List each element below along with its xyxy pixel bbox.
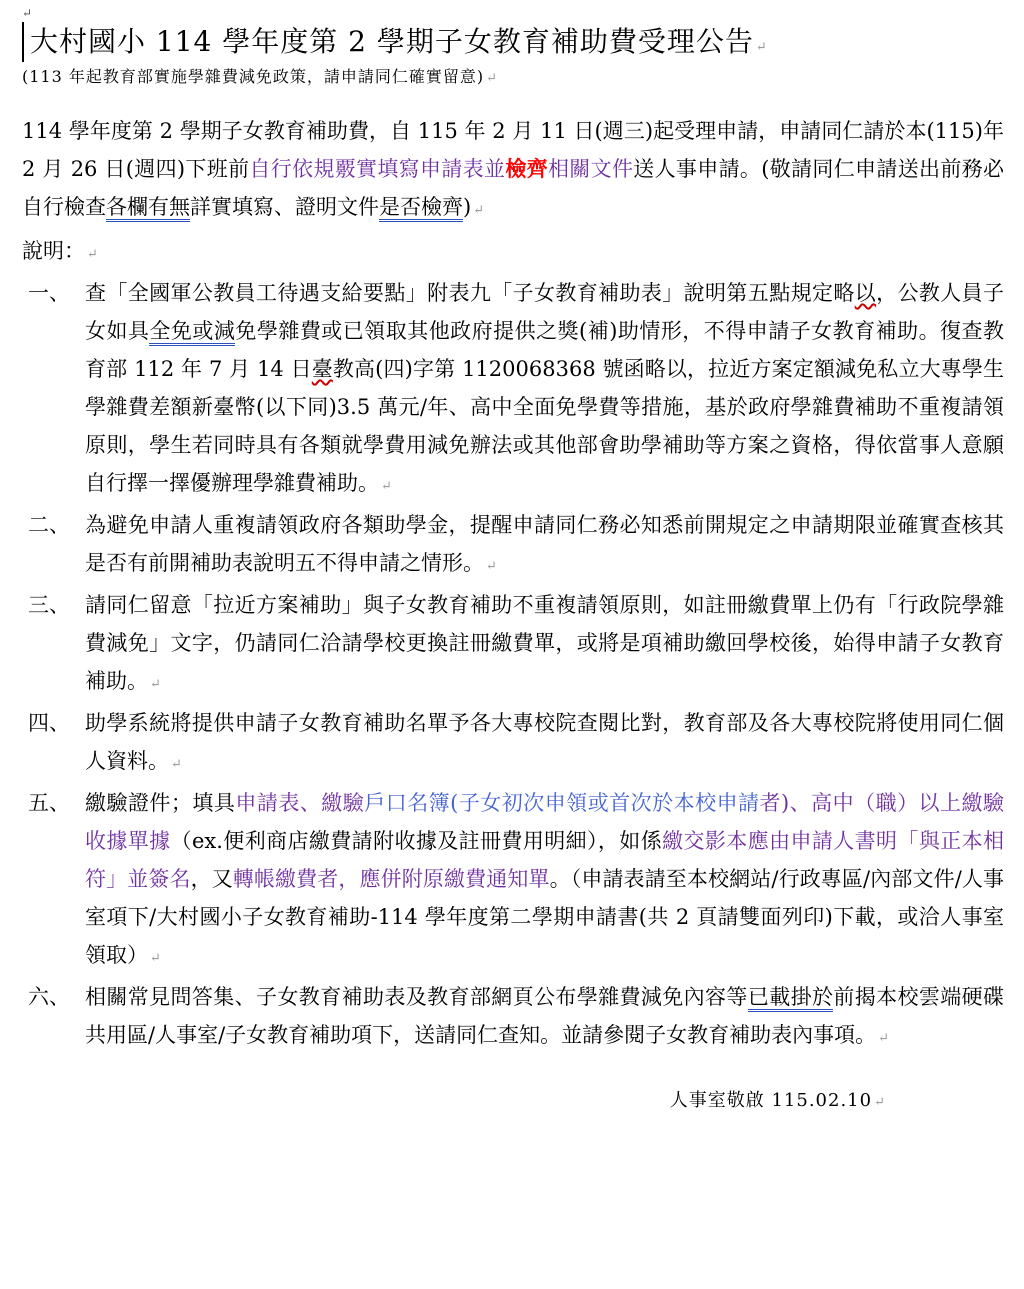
text-run: ↵	[876, 1031, 889, 1046]
item-number: 五、	[22, 784, 85, 822]
item-text: 為避免申請人重複請領政府各類助學金，提醒申請同仁務必知悉前開規定之申請期限並確實…	[85, 506, 1004, 586]
intro-paragraph: 114 學年度第 2 學期子女教育補助費，自 115 年 2 月 11 日(週三…	[22, 112, 1004, 230]
document-page: ↵ 大村國小 114 學年度第 2 學期子女教育補助費受理公告↵ (113 年起…	[0, 0, 1024, 1289]
text-run: 詳實填寫、證明文件	[190, 195, 379, 219]
list-item: 三、 請同仁留意「拉近方案補助」與子女教育補助不重複請領原則，如註冊繳費單上仍有…	[22, 586, 1004, 704]
text-run: 相關文件	[548, 157, 633, 181]
item-number: 六、	[22, 978, 85, 1016]
footer-signature: 人事室敬啟 115.02.10↵	[22, 1086, 1004, 1112]
item-text: 助學系統將提供申請子女教育補助名單予各大專校院查閱比對，教育部及各大專校院將使用…	[85, 704, 1004, 784]
text-run: 各欄有無	[106, 195, 190, 222]
item-text: 查「全國軍公教員工待遇支給要點」附表九「子女教育補助表」說明第五點規定略以，公教…	[85, 274, 1004, 506]
text-run: 是否檢齊	[379, 195, 463, 222]
text-run: 戶口名簿(子女初次申領或首次於本校申請	[364, 791, 759, 815]
item-number: 四、	[22, 704, 85, 742]
text-run: 臺	[312, 357, 333, 381]
explanation-label: 說明：↵	[22, 232, 1004, 274]
text-run: 請同仁留意「拉近方案補助」與子女教育補助不重複請領原則，如註冊繳費單上仍有「行政…	[85, 593, 1004, 693]
list-item: 一、 查「全國軍公教員工待遇支給要點」附表九「子女教育補助表」說明第五點規定略以…	[22, 274, 1004, 506]
text-run: 自行依規覈實填寫申請表並	[249, 157, 505, 181]
item-number: 三、	[22, 586, 85, 624]
text-run: 已載掛於	[748, 985, 834, 1012]
explanation-label-text: 說明：	[22, 239, 85, 263]
text-run: ↵	[484, 559, 497, 574]
footer-signature-text: 人事室敬啟 115.02.10	[670, 1090, 872, 1111]
text-run: 助學系統將提供申請子女教育補助名單予各大專校院查閱比對，教育部及各大專校院將使用…	[85, 711, 1004, 773]
text-run: 為避免申請人重複請領政府各類助學金，提醒申請同仁務必知悉前開規定之申請期限並確實…	[85, 513, 1004, 575]
text-run: ↵	[148, 951, 161, 966]
item-number: 一、	[22, 274, 85, 312]
item-text: 請同仁留意「拉近方案補助」與子女教育補助不重複請領原則，如註冊繳費單上仍有「行政…	[85, 586, 1004, 704]
paragraph-mark: ↵	[872, 1095, 886, 1110]
text-run: 查「全國軍公教員工待遇支給要點」附表九「子女教育補助表」說明第五點規定略	[85, 281, 855, 305]
text-run: 相關常見問答集、子女教育補助表及教育部網頁公布學雜費減免內容等	[85, 985, 748, 1009]
subtitle-text: (113 年起教育部實施學雜費減免政策，請申請同仁確實留意)	[22, 67, 484, 86]
paragraph-mark: ↵	[754, 40, 767, 55]
paragraph-mark: ↵	[85, 247, 98, 262]
text-run: 檢齊	[505, 156, 548, 181]
text-run: 轉帳繳費者，應併附原繳費通知單	[233, 867, 550, 891]
item-number: 二、	[22, 506, 85, 544]
list-item: 六、 相關常見問答集、子女教育補助表及教育部網頁公布學雜費減免內容等已載掛於前揭…	[22, 978, 1004, 1058]
list-item: 四、 助學系統將提供申請子女教育補助名單予各大專校院查閱比對，教育部及各大專校院…	[22, 704, 1004, 784]
list-item: 五、 繳驗證件；填具申請表、繳驗戶口名簿(子女初次申領或首次於本校申請者)、高中…	[22, 784, 1004, 978]
text-run: 全免或減	[149, 319, 235, 346]
text-run: ↵	[169, 757, 182, 772]
paragraph-mark: ↵	[484, 71, 498, 86]
text-run: 以	[855, 281, 876, 305]
item-text: 繳驗證件；填具申請表、繳驗戶口名簿(子女初次申領或首次於本校申請者)、高中（職）…	[85, 784, 1004, 978]
text-run: （ex.便利商店繳費請附收據及註冊費用明細），如係	[171, 829, 663, 853]
title-row: 大村國小 114 學年度第 2 學期子女教育補助費受理公告↵	[22, 22, 1004, 62]
item-text: 相關常見問答集、子女教育補助表及教育部網頁公布學雜費減免內容等已載掛於前揭本校雲…	[85, 978, 1004, 1058]
text-run: ↵	[148, 677, 161, 692]
text-run: ↵	[471, 203, 484, 218]
list-item: 二、 為避免申請人重複請領政府各類助學金，提醒申請同仁務必知悉前開規定之申請期限…	[22, 506, 1004, 586]
text-run: ，又	[191, 867, 233, 891]
top-paragraph-mark: ↵	[22, 6, 1004, 20]
page-subtitle: (113 年起教育部實施學雜費減免政策，請申請同仁確實留意)↵	[22, 64, 1004, 92]
text-run: 繳驗證件；填具	[85, 791, 235, 815]
text-run: 申請表、繳驗	[235, 791, 364, 815]
text-run: ↵	[379, 479, 392, 494]
page-title: 大村國小 114 學年度第 2 學期子女教育補助費受理公告	[30, 25, 754, 58]
text-run: )	[463, 195, 471, 219]
